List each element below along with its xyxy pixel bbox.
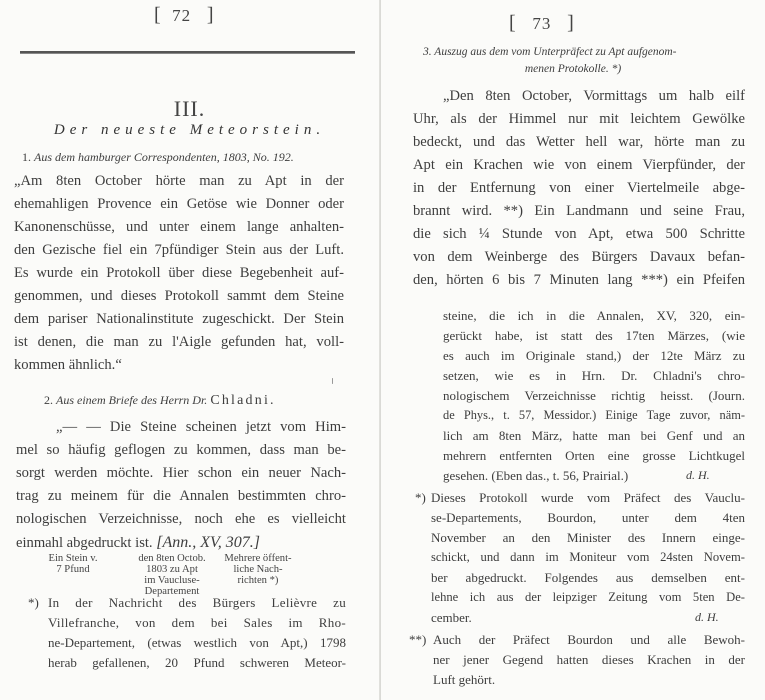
- text-line: ehemahligen Provence ein Getöse wie Donn…: [14, 196, 344, 213]
- footnote-line: ner jener Gegend hatten dieses Krachen i…: [433, 652, 745, 668]
- print-speck: [332, 378, 333, 384]
- text-line: Kanonenschüsse, und unter einem lange an…: [14, 219, 344, 236]
- text-line: dem pariser Nationalinstitute zugeschick…: [14, 311, 344, 328]
- text-line: ist denen, die man zu l'Aigle gefunden h…: [14, 334, 344, 351]
- signature: d. H.: [695, 610, 719, 625]
- footnote-line: nologischem Verzeichnisse richtig heisst…: [443, 388, 745, 404]
- footnote-line: se-Departements, Bourdon, unter dem 4ten: [431, 510, 745, 526]
- text-line: einmahl abgedruckt ist. [Ann., XV, 307.]: [16, 534, 260, 552]
- footnote-line: mehrern entfernten Orten eine grosse Lic…: [443, 448, 745, 464]
- text-line: in der Entfernung von einer Viertelmeile…: [413, 180, 745, 197]
- footnote-line: de Phys., t. 57, Messidor.) Einige Tage …: [443, 408, 745, 423]
- section-3-heading-cont: menen Protokolle. *): [381, 63, 765, 75]
- footnote-line: Villefranche, von dem bei Sales im Rho-: [48, 615, 346, 631]
- footnote-line: es auch im Originale stand,) der 12te Mä…: [443, 348, 745, 364]
- text-line: den Gezische fiel ein 7pfündiger Stein a…: [14, 242, 344, 259]
- text-line: Uhr, als der Himmel nur mit leichtem Gew…: [413, 111, 745, 128]
- footnote-line: ne-Departement, (etwas westlich von Apt,…: [48, 635, 346, 651]
- text-line: „Am 8ten October hörte man zu Apt in der: [14, 173, 344, 190]
- table-col-stone: Ein Stein v. 7 Pfund: [30, 553, 116, 575]
- footnote-line: November an den Minister des Innern eing…: [431, 530, 745, 546]
- footnote-line: Luft gehört.: [433, 672, 495, 688]
- footnote-line: steine, die ich in die Annalen, XV, 320,…: [443, 308, 745, 324]
- text-line: kommen ähnlich.“: [14, 357, 122, 374]
- footnote-line: lich am 8ten März, hatte man bei Genf un…: [443, 428, 745, 444]
- chapter-title: Der neueste Meteorstein.: [0, 122, 379, 139]
- text-line: sorgt werden möchte. Hier schon ein neue…: [16, 465, 346, 482]
- text-line: „Den 8ten October, Vormittags um halb ei…: [443, 88, 745, 105]
- text-line: brannt wird. **) Ein Landmann und seine …: [413, 203, 745, 220]
- footnote-marker: *): [415, 490, 426, 506]
- page-number-left: [ 72 ]: [154, 4, 215, 27]
- section-1-heading: 1. Aus dem hamburger Correspondenten, 18…: [22, 150, 294, 165]
- footnote-line: gesehen. (Eben das., t. 56, Prairial.): [443, 468, 628, 484]
- text-line: Apt ein Krachen wie von einem Vierpfünde…: [413, 157, 745, 174]
- footnote-marker: **): [409, 632, 426, 648]
- text-line: bedeckt, und das Wetter hell war, hörte …: [413, 134, 745, 151]
- footnote-line: cember.: [431, 610, 472, 626]
- right-page: [ 73 ] 3. Auszug aus dem vom Unterpräfec…: [381, 0, 765, 700]
- footnote-line: In der Nachricht des Bürgers Lelièvre zu: [48, 595, 346, 611]
- footnote-line: gerückt habe, ist statt des 17ten Märzes…: [443, 328, 745, 344]
- text-line: mel so häufig geflogen zu kommen, dass m…: [16, 442, 346, 459]
- footnote-marker: *): [28, 595, 39, 611]
- text-line: „— — Die Steine scheinen jetzt vom Him-: [56, 419, 346, 436]
- text-line: Es wurde ein Protokoll über diese Begebe…: [14, 265, 344, 282]
- header-rule: [20, 51, 355, 54]
- page-number-right: [ 73 ]: [509, 12, 575, 35]
- footnote-line: schickt, und dann im Moniteur vom 24sten…: [431, 550, 745, 565]
- section-2-heading: 2. Aus einem Briefe des Herrn Dr. Chladn…: [44, 393, 276, 409]
- footnote-line: Auch der Präfect Bourdon und alle Bewoh-: [433, 632, 745, 648]
- chapter-number: III.: [0, 96, 379, 122]
- footnote-line: setzen, wie es in Hrn. Dr. Chladni's chr…: [443, 368, 745, 384]
- section-3-heading: 3. Auszug aus dem vom Unterpräfect zu Ap…: [423, 46, 677, 58]
- book-spread: [ 72 ] III. Der neueste Meteorstein. 1. …: [0, 0, 765, 700]
- citation: [Ann., XV, 307.]: [156, 534, 260, 551]
- text-line: trag zu meinem für die Annalen bestimmte…: [16, 488, 346, 505]
- text-line: den, hörten 6 bis 7 Minuten lang ***) ei…: [413, 272, 745, 289]
- footnote-line: Dieses Protokoll wurde vom Präfect des V…: [431, 490, 745, 506]
- text-line: genommen, und dieses Protokoll sammt dem…: [14, 288, 344, 305]
- text-line: nologischen Verzeichnisse, noch ehe es v…: [16, 511, 346, 528]
- footnote-line: herab gefallenen, 20 Pfund schweren Mete…: [48, 655, 346, 671]
- left-page: [ 72 ] III. Der neueste Meteorstein. 1. …: [0, 0, 379, 700]
- table-col-date-place: den 8ten Octob. 1803 zu Apt im Vaucluse-…: [122, 553, 222, 597]
- text-line: von dem Weinberge des Bürgers Davaux bef…: [413, 249, 745, 266]
- footnote-line: lehne ich aus der leipziger Zeitung vom …: [431, 590, 745, 605]
- signature: d. H.: [686, 468, 710, 483]
- text-line: die sich ¼ Stunde von Apt, etwa 500 Schr…: [413, 226, 745, 243]
- footnote-line: ber abgedruckt. Folgendes aus demselben …: [431, 570, 745, 586]
- table-col-source: Mehrere öffent- liche Nach- richten *): [212, 553, 304, 586]
